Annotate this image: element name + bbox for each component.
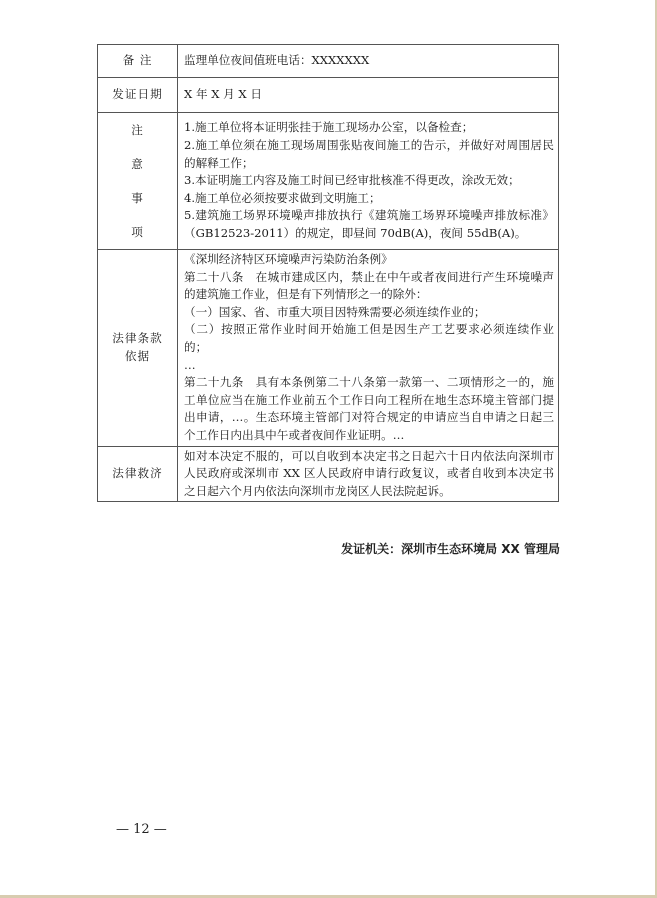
legal-basis-value: 《深圳经济特区环境噪声污染防治条例》 第二十八条 在城市建成区内，禁止在中午或者… (178, 250, 559, 447)
notes-label-char: 注 (98, 113, 177, 147)
note-item: 5.建筑施工场界环境噪声排放执行《建筑施工场界环境噪声排放标准》（GB12523… (184, 207, 554, 242)
notes-label-char: 事 (98, 181, 177, 215)
legal-line: … (184, 357, 554, 375)
legal-line: （二）按照正常作业时间开始施工但是因生产工艺要求必须连续作业的； (184, 321, 554, 356)
note-item: 4.施工单位必须按要求做到文明施工； (184, 190, 554, 208)
issue-date-value: X 年 X 月 X 日 (178, 78, 559, 113)
issue-date-row: 发证日期 X 年 X 月 X 日 (98, 78, 559, 113)
issuing-authority: 发证机关：深圳市生态环境局 XX 管理局 (341, 540, 560, 557)
legal-basis-label-line: 法律条款 (98, 330, 177, 348)
legal-line: 第二十九条 具有本条例第二十八条第一款第一、二项情形之一的，施工单位应当在施工作… (184, 374, 554, 444)
legal-remedy-label: 法律救济 (98, 446, 178, 502)
notes-row: 注 意 事 项 1.施工单位将本证明张挂于施工现场办公室，以备检查； 2.施工单… (98, 113, 559, 250)
issue-date-label: 发证日期 (98, 78, 178, 113)
note-item: 1.施工单位将本证明张挂于施工现场办公室，以备检查； (184, 119, 554, 137)
legal-basis-label-line: 依据 (98, 348, 177, 366)
notes-label-char: 项 (98, 215, 177, 249)
legal-line: （一）国家、省、市重大项目因特殊需要必须连续作业的； (184, 304, 554, 322)
legal-remedy-row: 法律救济 如对本决定不服的，可以自收到本决定书之日起六十日内依法向深圳市人民政府… (98, 446, 559, 502)
legal-line: 第二十八条 在城市建成区内，禁止在中午或者夜间进行产生环境噪声的建筑施工作业，但… (184, 269, 554, 304)
remark-value: 监理单位夜间值班电话：XXXXXXX (178, 45, 559, 78)
notes-value: 1.施工单位将本证明张挂于施工现场办公室，以备检查； 2.施工单位须在施工现场周… (178, 113, 559, 250)
page-number: — 12 — (116, 822, 167, 837)
notes-label: 注 意 事 项 (98, 113, 178, 250)
note-item: 2.施工单位须在施工现场周围张贴夜间施工的告示，并做好对周围居民的解释工作； (184, 137, 554, 172)
remark-label: 备 注 (98, 45, 178, 78)
permit-table: 备 注 监理单位夜间值班电话：XXXXXXX 发证日期 X 年 X 月 X 日 … (97, 44, 559, 502)
legal-basis-label: 法律条款 依据 (98, 250, 178, 447)
note-item: 3.本证明施工内容及施工时间已经审批核准不得更改，涂改无效； (184, 172, 554, 190)
legal-line: 《深圳经济特区环境噪声污染防治条例》 (184, 251, 554, 269)
legal-basis-row: 法律条款 依据 《深圳经济特区环境噪声污染防治条例》 第二十八条 在城市建成区内… (98, 250, 559, 447)
remark-row: 备 注 监理单位夜间值班电话：XXXXXXX (98, 45, 559, 78)
notes-label-char: 意 (98, 147, 177, 181)
legal-remedy-value: 如对本决定不服的，可以自收到本决定书之日起六十日内依法向深圳市人民政府或深圳市 … (178, 446, 559, 502)
